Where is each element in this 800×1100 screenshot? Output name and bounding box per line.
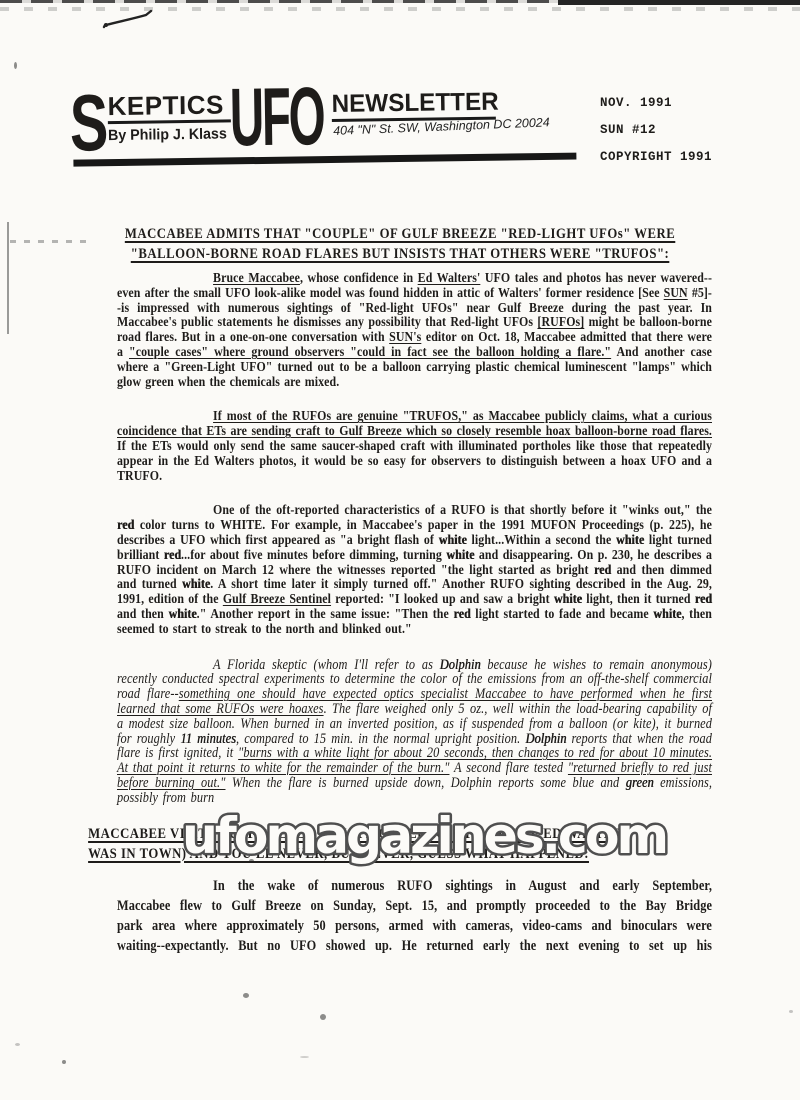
text-segment: Ed Walters' [418, 271, 481, 286]
scan-speck [320, 1014, 326, 1020]
scan-smudge [10, 240, 90, 243]
scan-top-speckles [0, 7, 800, 11]
text-segment: white [653, 607, 681, 622]
paragraph-oft-reported: One of the oft-reported characteristics … [117, 504, 712, 637]
scan-speck [62, 1060, 66, 1064]
text-segment: green [626, 775, 654, 791]
text-segment: white [446, 548, 474, 563]
text-segment: 11 minutes [180, 731, 236, 747]
text-segment: If most of the RUFOs are genuine "TRUFOS… [117, 409, 712, 439]
text-segment: ...for about five minutes before dimming… [181, 548, 446, 563]
scan-top-band [0, 0, 800, 3]
text-segment: red [453, 607, 470, 622]
issue-number: SUN #12 [600, 117, 712, 144]
paragraph-in-the-wake: In the wake of numerous RUFO sightings i… [117, 876, 712, 956]
text-segment: Dolphin [525, 731, 566, 747]
watermark-text: ufomagazines.com [182, 807, 666, 865]
paragraph-maccabee-admits: Bruce Maccabee, whose confidence in Ed W… [117, 272, 712, 390]
text-segment: ." Another report in the same issue: "Th… [197, 607, 454, 622]
issue-copyright: COPYRIGHT 1991 [600, 144, 712, 171]
text-segment: "couple cases" where ground observers "c… [129, 345, 611, 360]
scan-speck [300, 1056, 309, 1058]
pen-mark [102, 8, 156, 37]
text-segment: red [164, 548, 181, 563]
scan-speck [15, 1043, 20, 1046]
scan-speck [789, 1010, 793, 1013]
text-segment: , whose confidence in [300, 271, 418, 286]
article-1-headline: MACCABEE ADMITS THAT "COUPLE" OF GULF BR… [88, 224, 712, 264]
issue-block: NOV. 1991 SUN #12 COPYRIGHT 1991 [600, 90, 712, 171]
scan-speck [14, 62, 17, 69]
headline-line: MACCABEE ADMITS THAT "COUPLE" OF GULF BR… [88, 224, 712, 244]
text-segment: If the ETs would only send the same sauc… [117, 439, 712, 484]
text-segment: A Florida skeptic (whom I'll refer to as [213, 657, 440, 673]
masthead-newsletter: NEWSLETTER [331, 88, 498, 119]
text-segment: red [117, 518, 134, 533]
scan-top-band-solid [558, 0, 800, 5]
text-segment: A second flare tested [449, 760, 567, 776]
text-segment: One of the oft-reported characteristics … [213, 503, 712, 518]
masthead-ufo: UFO [229, 76, 324, 159]
text-segment: white [168, 607, 196, 622]
text-segment: white [439, 533, 467, 548]
text-segment: Bruce Maccabee [213, 271, 300, 286]
text-segment: white [182, 577, 210, 592]
masthead-title: KEPTICS [107, 89, 224, 122]
newsletter-page: S KEPTICS By Philip J. Klass UFO NEWSLET… [0, 0, 800, 1100]
text-segment: SUN's [389, 330, 421, 345]
masthead-byline: By Philip J. Klass [108, 125, 227, 144]
masthead-initial: S [69, 83, 109, 164]
masthead-title-rule [108, 119, 231, 124]
text-segment: red [695, 592, 712, 607]
headline-line: "BALLOON-BORNE ROAD FLARES BUT INSISTS T… [88, 244, 712, 264]
text-segment: , compared to 15 min. in the normal upri… [236, 731, 525, 747]
scan-speck [243, 993, 249, 998]
text-segment: In the wake of numerous RUFO sightings i… [117, 878, 712, 954]
text-segment: red [594, 563, 611, 578]
masthead-bar [73, 153, 576, 167]
text-segment: Gulf Breeze Sentinel [223, 592, 331, 607]
text-segment: light started to fade and became [471, 607, 654, 622]
text-segment: SUN [664, 286, 688, 301]
text-segment: white [554, 592, 582, 607]
text-segment: and then [117, 607, 168, 622]
masthead: S KEPTICS By Philip J. Klass UFO NEWSLET… [69, 80, 590, 179]
scan-edge-line [7, 222, 9, 334]
text-segment: Dolphin [440, 657, 481, 673]
paragraph-florida-skeptic: A Florida skeptic (whom I'll refer to as… [117, 658, 712, 806]
paragraph-if-most-rufos: If most of the RUFOs are genuine "TRUFOS… [117, 410, 712, 484]
text-segment: [RUFOs] [537, 315, 584, 330]
watermark: ufomagazines.com [178, 806, 672, 873]
issue-date: NOV. 1991 [600, 90, 712, 117]
text-segment: reported: "I looked up and saw a bright [331, 592, 554, 607]
text-segment: white [616, 533, 644, 548]
text-segment: light, then it turned [582, 592, 695, 607]
text-segment: light...Within a second the [467, 533, 616, 548]
text-segment: When the flare is burned upside down, Do… [225, 775, 625, 791]
